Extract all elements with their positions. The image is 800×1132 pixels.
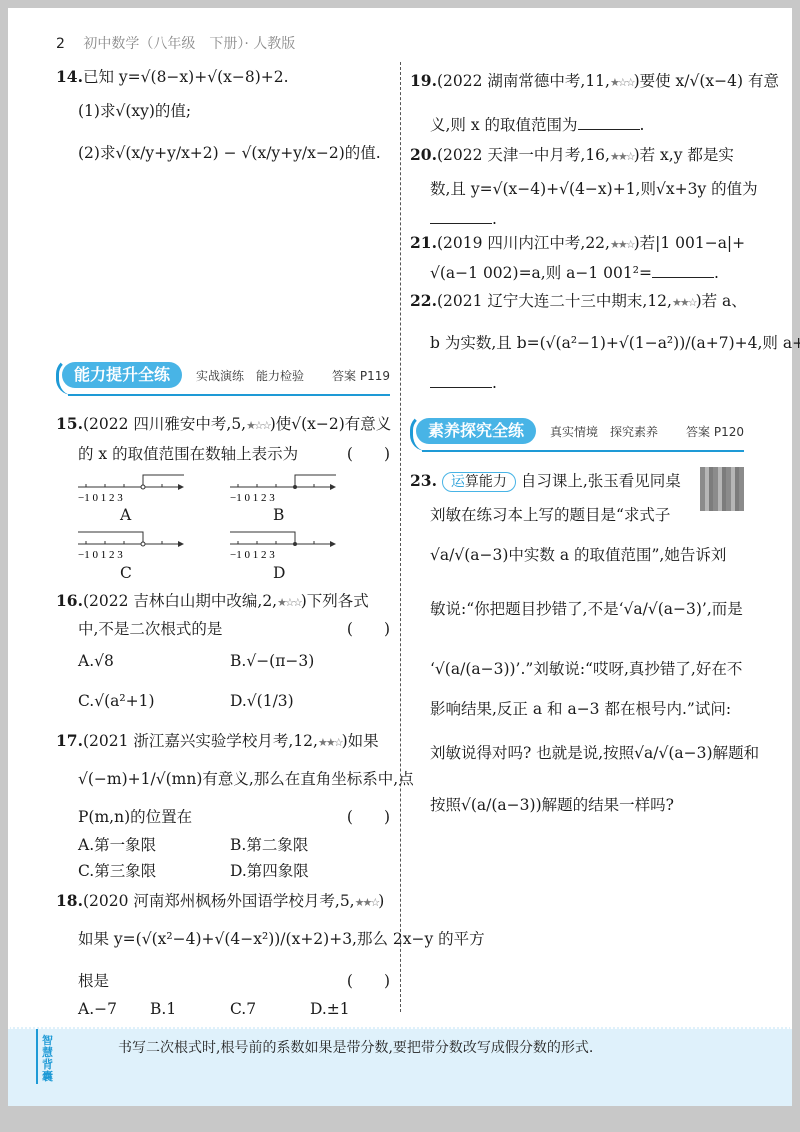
q17-option-D[interactable]: D.第四象限 xyxy=(230,860,309,882)
q21-line2: √(a−1 002)=a,则 a−1 001²=. xyxy=(430,262,719,284)
qr-code-image[interactable] xyxy=(700,467,744,511)
answer-ref: 答案 P119 xyxy=(332,367,390,384)
section-title: 能力提升全练 xyxy=(62,362,182,388)
q23-line8: 按照√(a/(a−3))解题的结果一样吗? xyxy=(430,794,674,816)
option-B-label: B xyxy=(273,504,284,526)
q16-option-B[interactable]: B.√−(π−3) xyxy=(230,650,314,672)
q23-line5: ‘√(a/(a−3))’.”刘敏说:“哎呀,真抄错了,好在不 xyxy=(430,658,742,680)
svg-text:−1 0 1 2 3: −1 0 1 2 3 xyxy=(230,549,275,561)
answer-paren[interactable]: ( ) xyxy=(347,618,390,640)
section-header-literacy: 素养探究全练 真实情境 探究素养 答案 P120 xyxy=(410,418,744,448)
option-C-label: C xyxy=(120,562,132,584)
section-title: 素养探究全练 xyxy=(416,418,536,444)
q16-option-D[interactable]: D.√(1/3) xyxy=(230,690,294,712)
q15-line2: 的 x 的取值范围在数轴上表示为( ) xyxy=(78,443,390,465)
q18-option-D[interactable]: D.±1 xyxy=(310,998,350,1020)
difficulty-stars-icon: ★★☆ xyxy=(355,896,379,909)
section-header-ability: 能力提升全练 实战演练 能力检验 答案 P119 xyxy=(56,362,390,392)
option-D-label: D xyxy=(273,562,285,584)
answer-paren[interactable]: ( ) xyxy=(347,970,390,992)
section-underline xyxy=(422,450,744,452)
section-subtitle: 真实情境 探究素养 xyxy=(550,423,658,440)
q14-stem: 已知 y=√(8−x)+√(x−8)+2. xyxy=(83,68,289,86)
q14-part1: (1)求√(xy)的值; xyxy=(78,100,191,122)
answer-ref: 答案 P120 xyxy=(686,423,744,440)
option-A-label: A xyxy=(120,504,131,526)
q18-line2: 如果 y=(√(x²−4)+√(4−x²))/(x+2)+3,那么 2x−y 的… xyxy=(78,928,485,950)
q18-option-C[interactable]: C.7 xyxy=(230,998,256,1020)
answer-blank[interactable] xyxy=(652,263,714,278)
question-20: 20.(2022 天津一中月考,16,★★☆)若 x,y 都是实 xyxy=(410,144,734,168)
tip-vertical-bar xyxy=(36,1029,38,1084)
page-number: 2 xyxy=(56,36,65,52)
answer-blank[interactable] xyxy=(430,373,492,388)
difficulty-stars-icon: ★★☆ xyxy=(610,150,634,163)
difficulty-stars-icon: ★☆☆ xyxy=(277,596,301,609)
q18-option-A[interactable]: A.−7 xyxy=(78,998,117,1020)
q16-option-C[interactable]: C.√(a²+1) xyxy=(78,690,155,712)
number-line-C[interactable]: −1 0 1 2 3 xyxy=(76,530,186,564)
answer-blank[interactable] xyxy=(578,115,640,130)
answer-paren[interactable]: ( ) xyxy=(347,806,390,828)
difficulty-stars-icon: ★☆☆ xyxy=(610,76,634,89)
q23-line3: √a/√(a−3)中实数 a 的取值范围”,她告诉刘 xyxy=(430,544,726,566)
q14-part2: (2)求√(x/y+y/x+2) − √(x/y+y/x−2)的值. xyxy=(78,142,381,164)
question-21: 21.(2019 四川内江中考,22,★★☆)若|1 001−a|+ xyxy=(410,232,745,256)
tip-label: 智慧背囊 xyxy=(42,1035,56,1083)
svg-text:−1 0 1 2 3: −1 0 1 2 3 xyxy=(78,549,123,561)
q17-line3: P(m,n)的位置在( ) xyxy=(78,806,390,828)
q16-line2: 中,不是二次根式的是( ) xyxy=(78,618,390,640)
svg-text:−1 0 1 2 3: −1 0 1 2 3 xyxy=(78,492,123,504)
column-divider xyxy=(400,62,401,1012)
difficulty-stars-icon: ★☆☆ xyxy=(246,419,270,432)
question-15: 15.(2022 四川雅安中考,5,★☆☆)使√(x−2)有意义 xyxy=(56,413,390,437)
q18-option-B[interactable]: B.1 xyxy=(150,998,176,1020)
q20-line3: . xyxy=(430,208,497,230)
q17-line2: √(−m)+1/√(mn)有意义,那么在直角坐标系中,点 xyxy=(78,768,414,790)
number-line-A[interactable]: −1 0 1 2 3 xyxy=(76,473,186,507)
q20-line2: 数,且 y=√(x−4)+√(4−x)+1,则√x+3y 的值为 xyxy=(430,178,758,200)
q17-option-B[interactable]: B.第二象限 xyxy=(230,834,308,856)
svg-text:−1 0 1 2 3: −1 0 1 2 3 xyxy=(230,492,275,504)
difficulty-stars-icon: ★★☆ xyxy=(672,296,696,309)
q23-line4: 敏说:“你把题目抄错了,不是‘√a/√(a−3)’,而是 xyxy=(430,598,743,620)
q23-line6: 影响结果,反正 a 和 a−3 都在根号内.”试问: xyxy=(430,698,731,720)
running-header: 2 初中数学（八年级 下册）· 人教版 xyxy=(56,33,295,53)
question-17: 17.(2021 浙江嘉兴实验学校月考,12,★★☆)如果 xyxy=(56,730,379,754)
q22-line2: b 为实数,且 b=(√(a²−1)+√(1−a²))/(a+7)+4,则 a+… xyxy=(430,332,800,354)
question-16: 16.(2022 吉林白山期中改编,2,★☆☆)下列各式 xyxy=(56,590,369,614)
q23-line2: 刘敏在练习本上写的题目是“求式子 xyxy=(430,504,670,526)
tip-box: 智慧背囊 书写二次根式时,根号前的系数如果是带分数,要把带分数改写成假分数的形式… xyxy=(8,1027,792,1106)
tip-text: 书写二次根式时,根号前的系数如果是带分数,要把带分数改写成假分数的形式. xyxy=(118,1037,593,1057)
q19-line2: 义,则 x 的取值范围为. xyxy=(430,114,644,136)
difficulty-stars-icon: ★★☆ xyxy=(610,238,634,251)
question-18: 18.(2020 河南郑州枫杨外国语学校月考,5,★★☆) xyxy=(56,890,384,914)
question-23: 23. 运算能力 自习课上,张玉看见同桌 xyxy=(410,470,681,492)
q22-line3: . xyxy=(430,372,497,394)
q17-option-C[interactable]: C.第三象限 xyxy=(78,860,156,882)
question-14: 14.已知 y=√(8−x)+√(x−8)+2. xyxy=(56,66,289,88)
book-title: 初中数学（八年级 下册）· 人教版 xyxy=(83,36,295,52)
answer-paren[interactable]: ( ) xyxy=(347,443,390,465)
number-line-B[interactable]: −1 0 1 2 3 xyxy=(228,473,338,507)
q16-option-A[interactable]: A.√8 xyxy=(78,650,114,672)
difficulty-stars-icon: ★★☆ xyxy=(318,736,342,749)
section-underline xyxy=(68,394,390,396)
question-22: 22.(2021 辽宁大连二十三中期末,12,★★☆)若 a、 xyxy=(410,290,747,314)
q18-line3: 根是( ) xyxy=(78,970,390,992)
answer-blank[interactable] xyxy=(430,209,492,224)
q17-option-A[interactable]: A.第一象限 xyxy=(78,834,156,856)
q23-line7: 刘敏说得对吗? 也就是说,按照√a/√(a−3)解题和 xyxy=(430,742,759,764)
number-line-D[interactable]: −1 0 1 2 3 xyxy=(228,530,338,564)
section-subtitle: 实战演练 能力检验 xyxy=(196,367,304,384)
question-19: 19.(2022 湖南常德中考,11,★☆☆)要使 x/√(x−4) 有意 xyxy=(410,70,779,94)
competency-badge: 运算能力 xyxy=(442,472,516,492)
